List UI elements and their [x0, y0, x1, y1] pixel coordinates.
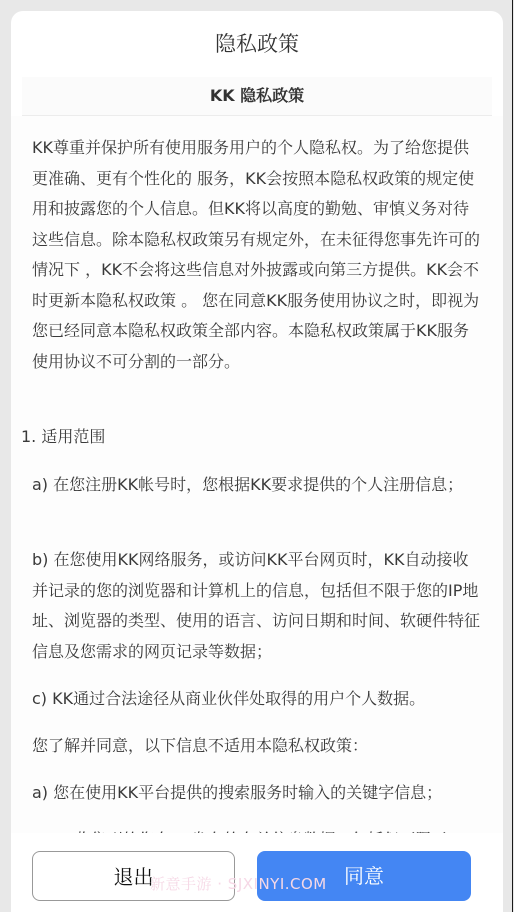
section-item: c) KK通过合法途径从商业伙伴处取得的用户个人数据。 — [11, 684, 503, 715]
section-item: a) 在您注册KK帐号时，您根据KK要求提供的个人注册信息； — [11, 470, 503, 501]
policy-subtitle: KK 隐私政策 — [22, 77, 492, 116]
exclusion-item: a) 您在使用KK平台提供的搜索服务时输入的关键字信息； — [11, 778, 503, 809]
exclusion-intro: 您了解并同意，以下信息不适用本隐私权政策： — [11, 731, 503, 762]
policy-scroll-content[interactable]: KK尊重并保护所有使用服务用户的个人隐私权。为了给您提供更准确、更有个性化的 服… — [11, 116, 503, 836]
intro-paragraph: KK尊重并保护所有使用服务用户的个人隐私权。为了给您提供更准确、更有个性化的 服… — [11, 133, 503, 377]
privacy-policy-dialog: 隐私政策 KK 隐私政策 KK尊重并保护所有使用服务用户的个人隐私权。为了给您提… — [11, 11, 503, 912]
section-heading: 1. 适用范围 — [11, 422, 503, 453]
watermark: 新意手游 · SJXINYI.COM — [150, 873, 327, 894]
dialog-title: 隐私政策 — [11, 29, 503, 59]
screen-edge — [512, 0, 513, 912]
section-item: b) 在您使用KK网络服务，或访问KK平台网页时，KK自动接收并记录的您的浏览器… — [11, 545, 503, 667]
